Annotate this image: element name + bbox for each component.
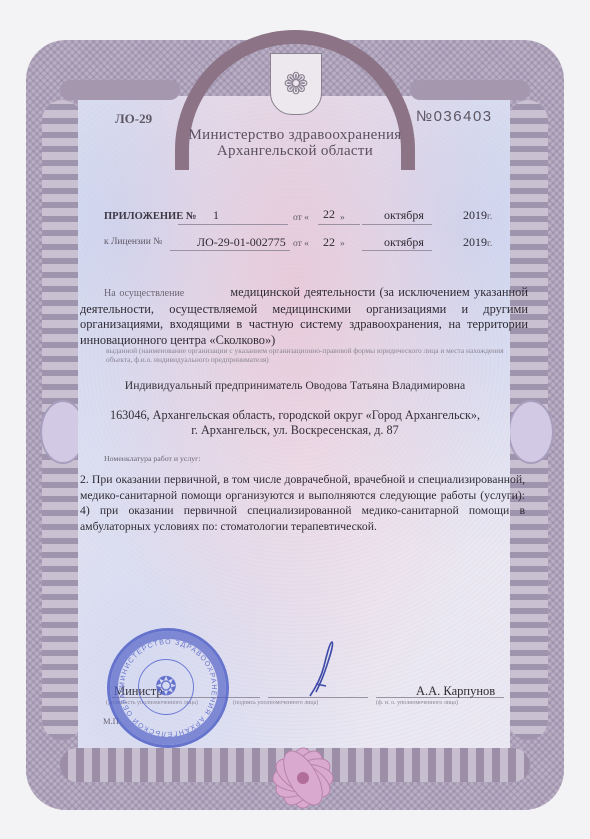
license-appendix-page: ❁ ЛО-29 №036403 Министерство здравоохран… <box>0 0 590 839</box>
signature-caption: (подпись уполномоченного лица) <box>233 700 318 706</box>
license-year: 2019 <box>463 235 487 250</box>
issuer-title: Министерство здравоохранения Архангельск… <box>0 127 590 159</box>
services-text: 2. При оказании первичной, в том числе д… <box>80 472 525 534</box>
appendix-day-close: » <box>340 213 345 223</box>
license-month: октября <box>384 235 424 250</box>
appendix-day: 22 <box>323 207 335 222</box>
license-number-label: к Лицензии № <box>104 237 162 247</box>
appendix-number-line <box>178 224 288 225</box>
license-year-suffix: г. <box>487 239 492 249</box>
serial-number: №036403 <box>416 108 493 125</box>
issuer-line-1: Министерство здравоохранения <box>0 127 590 143</box>
license-day-close: » <box>340 239 345 249</box>
holder-address: 163046, Архангельская область, городской… <box>0 408 590 438</box>
nomenclature-label: Номенклатура работ и услуг: <box>104 454 201 463</box>
appendix-year: 2019 <box>463 208 487 223</box>
activity-lead-label: На осуществление <box>80 288 184 299</box>
appendix-year-suffix: г. <box>487 212 492 222</box>
appendix-number-label: ПРИЛОЖЕНИЕ № <box>104 211 196 222</box>
appendix-from-label: от « <box>293 213 309 223</box>
license-from-label: от « <box>293 239 309 249</box>
appendix-month: октября <box>384 208 424 223</box>
appendix-day-line <box>318 224 360 225</box>
handwritten-signature-icon <box>300 636 350 700</box>
name-caption: (ф. и. о. уполномоченного лица) <box>376 700 458 706</box>
license-number-line <box>170 250 290 251</box>
activity-paragraph: На осуществлениемедицинской деятельности… <box>80 285 528 348</box>
holder-address-line-2: г. Архангельск, ул. Воскресенская, д. 87 <box>0 423 590 438</box>
license-number: ЛО-29-01-002775 <box>197 235 286 250</box>
holder-name: Индивидуальный предприниматель Оводова Т… <box>0 379 590 392</box>
appendix-number: 1 <box>213 208 219 223</box>
right-scroll-ornament <box>410 80 530 100</box>
left-scroll-ornament <box>60 80 180 100</box>
coat-of-arms-icon: ❁ <box>270 53 322 115</box>
license-month-line <box>362 250 432 251</box>
issued-caption: выданной (наименование организации с ука… <box>106 346 506 364</box>
official-stamp-icon: ❂ МИНИСТЕРСТВО ЗДРАВООХРАНЕНИЯ АРХАНГЕЛЬ… <box>107 628 229 748</box>
svg-text:МИНИСТЕРСТВО ЗДРАВООХРАНЕНИЯ А: МИНИСТЕРСТВО ЗДРАВООХРАНЕНИЯ АРХАНГЕЛЬСК… <box>110 631 217 737</box>
issuer-line-2: Архангельской области <box>0 143 590 159</box>
holder-address-line-1: 163046, Архангельская область, городской… <box>0 408 590 423</box>
signer-name: А.А. Карпунов <box>416 684 495 699</box>
flower-rosette-icon <box>252 738 354 818</box>
form-code: ЛО-29 <box>115 111 152 127</box>
stamp-ring-text: МИНИСТЕРСТВО ЗДРАВООХРАНЕНИЯ АРХАНГЕЛЬСК… <box>110 631 226 745</box>
appendix-month-line <box>362 224 432 225</box>
license-day: 22 <box>323 235 335 250</box>
